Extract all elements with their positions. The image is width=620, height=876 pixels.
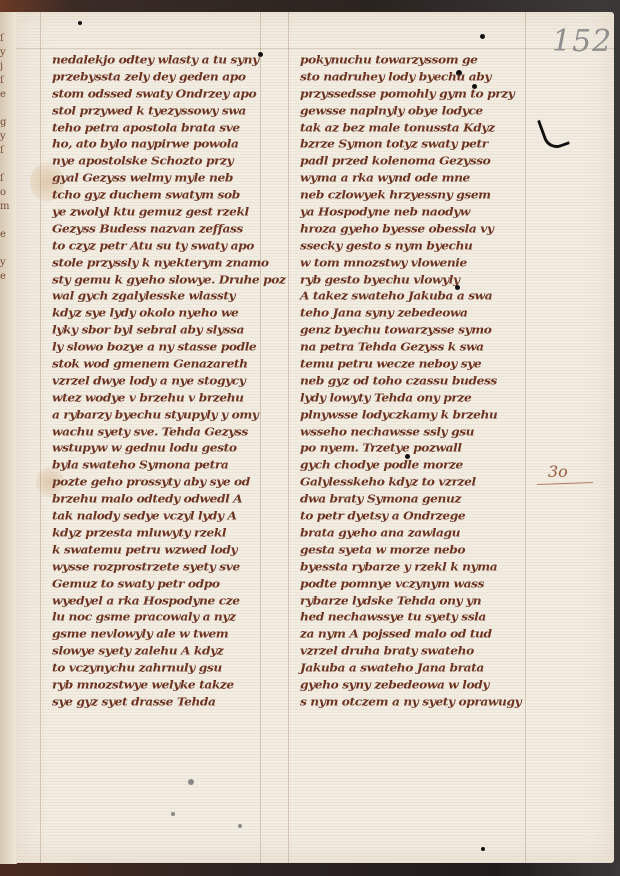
margin-note: 3o — [548, 462, 568, 481]
text-line: po nyem. Trzetye pozwall — [300, 441, 540, 457]
text-line: stok wod gmenem Genazareth — [52, 357, 274, 373]
text-line: gesta syeta w morze nebo — [300, 543, 540, 559]
text-line: teho petra apostola brata sve — [52, 120, 274, 136]
text-line: na petra Tehda Gezyss k swa — [300, 340, 540, 356]
text-line: pokynuchu towarzyssom ge — [300, 53, 540, 69]
text-line: stom odssed swaty Ondrzey apo — [52, 86, 274, 102]
text-line: dwa braty Symona genuz — [300, 492, 540, 508]
text-line: ryb gesto byechu vlowyly — [300, 272, 540, 288]
ruling-line-top — [16, 48, 614, 49]
text-line: za nym A pojssed malo od tud — [300, 627, 540, 643]
ruling-line-left-margin — [40, 12, 41, 863]
text-line: neb gyz od toho czassu budess — [300, 374, 540, 390]
text-line: wyma a rka wynd ode mne — [300, 171, 540, 187]
text-line: wachu syety sve. Tehda Gezyss — [52, 424, 274, 440]
ink-spot — [481, 847, 485, 851]
text-line: nye apostolske Schozto przy — [52, 154, 274, 170]
text-line: podte pomnye vczynym wass — [300, 576, 540, 592]
text-line: gyal Gezyss welmy myle neb — [52, 171, 274, 187]
text-line: wstupyw w gednu lodu gesto — [52, 441, 274, 457]
text-line: A takez swateho Jakuba a swa — [300, 289, 540, 305]
ink-stroke-mark — [537, 113, 570, 152]
ink-spot — [171, 812, 175, 816]
text-line: hed nechawssye tu syety ssla — [300, 610, 540, 626]
text-line: to petr dyetsy a Ondrzege — [300, 509, 540, 525]
text-line: vzrzel dwye lody a nye stogycy — [52, 374, 274, 390]
text-line: przyssedsse pomohly gym to przy — [300, 86, 540, 102]
text-line: sty gemu k gyeho slowye. Druhe poz — [52, 272, 274, 288]
text-line: kdyz sye lydy okolo nyeho we — [52, 306, 274, 322]
text-line: vzrzel druha braty swateho — [300, 644, 540, 660]
text-line: gych chodye podle morze — [300, 458, 540, 474]
text-line: temu petru wecze neboy sye — [300, 357, 540, 373]
text-line: nedalekjo odtey wlasty a tu syny — [52, 53, 274, 69]
text-line: ssecky gesto s nym byechu — [300, 238, 540, 254]
text-line: wal gych zgalylesske wlassty — [52, 289, 274, 305]
left-text-column: nedalekjo odtey wlasty a tu syny przebys… — [52, 52, 274, 711]
text-line: tcho gyz duchem swatym sob — [52, 188, 274, 204]
text-line: Gezyss Budess nazvan zeffass — [52, 222, 274, 238]
ink-spot — [78, 21, 82, 25]
text-line: ho, ato bylo naypirwe powola — [52, 137, 274, 153]
text-line: a rybarzy byechu styupyly y omy — [52, 407, 274, 423]
folio-number: 152 — [552, 24, 612, 59]
text-line: gyeho syny zebedeowa w lody — [300, 678, 540, 694]
text-line: padl przed kolenoma Gezysso — [300, 154, 540, 170]
text-line: ryb mnozstwye welyke takze — [52, 678, 274, 694]
text-line: Gemuz to swaty petr odpo — [52, 576, 274, 592]
text-line: brata gyeho ana zawlagu — [300, 526, 540, 542]
text-line: genz byechu towarzysse symo — [300, 323, 540, 339]
previous-page-text-fragment: ſyjſegyſſomeye — [0, 32, 14, 284]
text-line: wsseho nechawsse ssly gsu — [300, 424, 540, 440]
text-line: slowye syety zalehu A kdyz — [52, 644, 274, 660]
right-text-column: pokynuchu towarzyssom ge sto nadruhey lo… — [300, 52, 540, 711]
text-line: sye gyz syet drasse Tehda — [52, 695, 274, 711]
text-line: Jakuba a swateho Jana brata — [300, 661, 540, 677]
text-line: wtez wodye v brzehu v brzehu — [52, 390, 274, 406]
text-line: stole przyssly k nyekterym znamo — [52, 255, 274, 271]
text-line: gewsse naplnyly obye lodyce — [300, 103, 540, 119]
text-line: lydy lowyty Tehda ony prze — [300, 390, 540, 406]
text-line: bzrze Symon totyz swaty petr — [300, 137, 540, 153]
text-line: ya Hospodyne neb naodyw — [300, 205, 540, 221]
text-line: pozte geho prossyty aby sye od — [52, 475, 274, 491]
text-line: lu noc gsme pracowaly a nyz — [52, 610, 274, 626]
text-line: teho Jana syny zebedeowa — [300, 306, 540, 322]
ink-spot — [480, 34, 485, 39]
text-line: to czyz petr Atu su ty swaty apo — [52, 238, 274, 254]
ink-spot — [188, 779, 194, 785]
scanner-backdrop-bottom — [0, 862, 620, 876]
text-line: wysse rozprostrzete syety sve — [52, 559, 274, 575]
text-line: k swatemu petru wzwed lody — [52, 543, 274, 559]
text-line: wyedyel a rka Hospodyne cze — [52, 593, 274, 609]
text-line: hroza gyeho byesse obessla vy — [300, 222, 540, 238]
text-line: sto nadruhey lody byechu aby — [300, 70, 540, 86]
previous-page-edge: ſyjſegyſſomeye — [0, 12, 17, 864]
text-line: byessta rybarze y rzekl k nyma — [300, 559, 540, 575]
text-line: to vczynychu zahrnuly gsu — [52, 661, 274, 677]
text-line: stol przywed k tyezyssowy swa — [52, 103, 274, 119]
text-line: rybarze lydske Tehda ony yn — [300, 593, 540, 609]
text-line: brzehu malo odtedy odwedl A — [52, 492, 274, 508]
text-line: tak az bez male tonussta Kdyz — [300, 120, 540, 136]
text-line: kdyz przesta mluwyty rzekl — [52, 526, 274, 542]
text-line: ly slowo bozye a ny stasse podle — [52, 340, 274, 356]
text-line: ye zwolyl ktu gemuz gest rzekl — [52, 205, 274, 221]
text-line: Galylesskeho kdyz to vzrzel — [300, 475, 540, 491]
ruling-line-right-column-start — [288, 12, 289, 863]
text-line: lyky sbor byl sebral aby slyssa — [52, 323, 274, 339]
text-line: byla swateho Symona petra — [52, 458, 274, 474]
text-line: s nym otczem a ny syety oprawugy — [300, 695, 540, 711]
ink-spot — [238, 824, 242, 828]
text-line: gsme nevlowyly ale w twem — [52, 627, 274, 643]
text-line: neb czlowyek hrzyessny gsem — [300, 188, 540, 204]
text-line: plnywsse lodyczkamy k brzehu — [300, 407, 540, 423]
text-line: tak nalody sedye vczyl lydy A — [52, 509, 274, 525]
text-line: w tom mnozstwy vlowenie — [300, 255, 540, 271]
text-line: przebyssta zely dey geden apo — [52, 70, 274, 86]
